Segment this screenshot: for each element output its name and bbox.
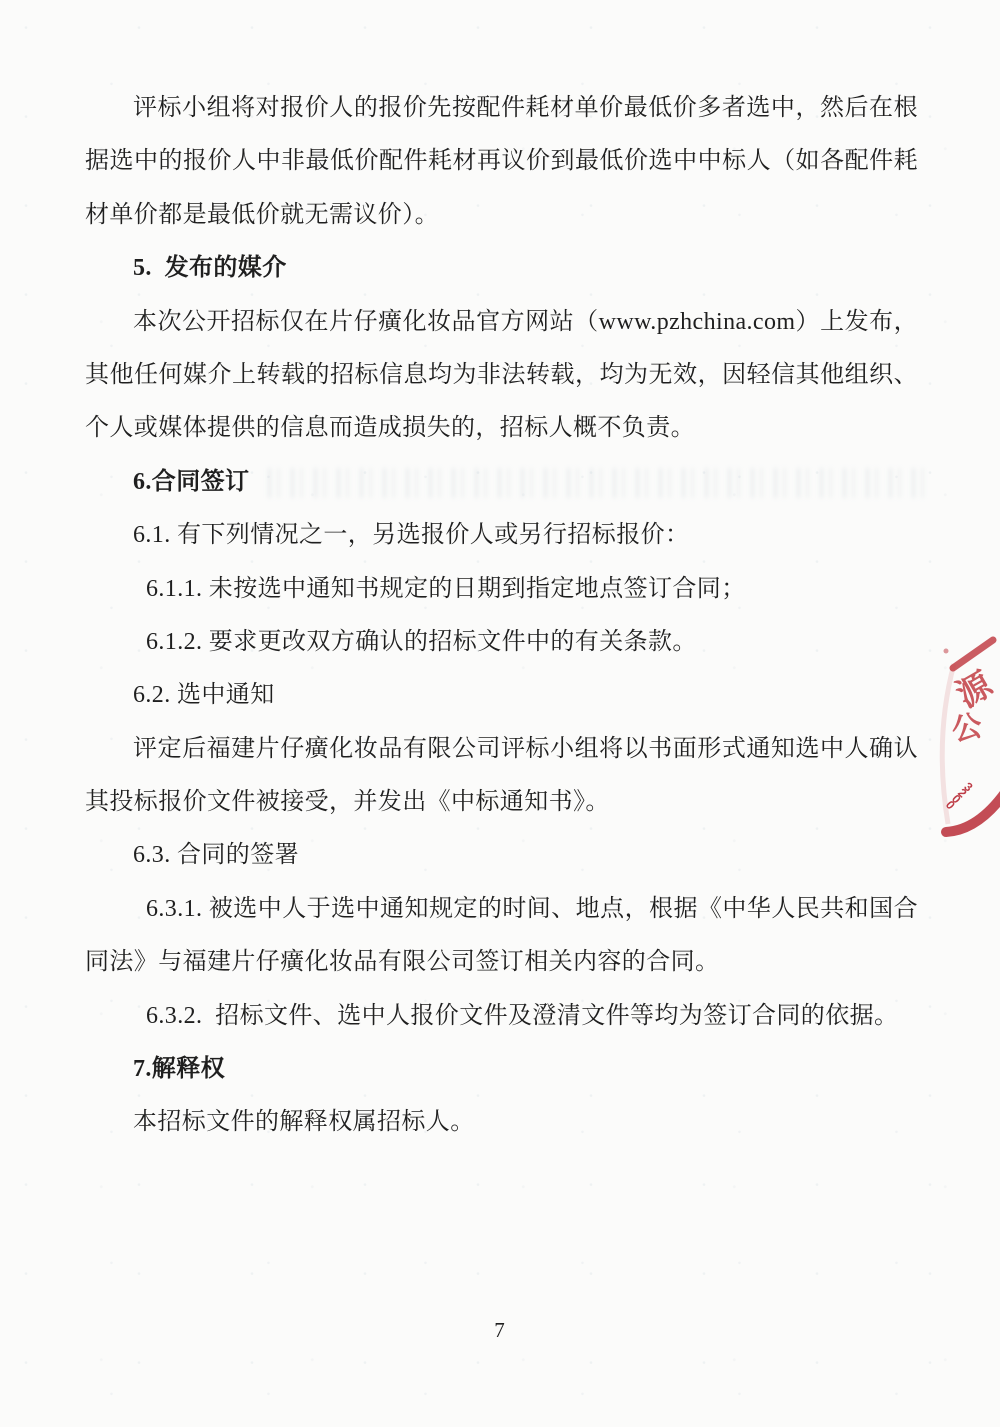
section-heading-line: 7.解释权 — [85, 1043, 918, 1096]
text-line: 个人或媒体提供的信息而造成损失的，招标人概不负责。 — [85, 402, 918, 455]
text-line: 材单价都是最低价就无需议价）。 — [85, 189, 918, 242]
seal-ink-speck — [944, 649, 949, 654]
section-heading-line: 6.合同签订 — [85, 456, 918, 509]
text-line: 6.1.2. 要求更改双方确认的招标文件中的有关条款。 — [85, 616, 918, 669]
company-seal: 源 公 0023 — [938, 628, 1000, 858]
text-line: 本次公开招标仅在片仔癀化妆品官方网站（www.pzhchina.com）上发布， — [85, 296, 918, 349]
page-number: 7 — [0, 1318, 1000, 1343]
section-heading-line: 5. 发布的媒介 — [85, 242, 918, 295]
text-line: 6.1. 有下列情况之一，另选报价人或另行招标报价： — [85, 509, 918, 562]
text-line: 评标小组将对报价人的报价先按配件耗材单价最低价多者选中，然后在根 — [85, 82, 918, 135]
text-line: 6.3.1. 被选中人于选中通知规定的时间、地点，根据《中华人民共和国合 — [85, 883, 918, 936]
text-line: 据选中的报价人中非最低价配件耗材再议价到最低价选中中标人（如各配件耗 — [85, 135, 918, 188]
text-line: 其他任何媒介上转载的招标信息均为非法转载，均为无效，因轻信其他组织、 — [85, 349, 918, 402]
document-body: 评标小组将对报价人的报价先按配件耗材单价最低价多者选中，然后在根据选中的报价人中… — [85, 82, 918, 1150]
seal-ring-arc-top — [953, 640, 993, 668]
text-line: 评定后福建片仔癀化妆品有限公司评标小组将以书面形式通知选中人确认 — [85, 723, 918, 776]
text-line: 6.1.1. 未按选中通知书规定的日期到指定地点签订合同； — [85, 563, 918, 616]
text-line: 6.3. 合同的签署 — [85, 829, 918, 882]
document-page: { "page": { "number": "7", "background_c… — [0, 0, 1000, 1427]
text-line: 其投标报价文件被接受，并发出《中标通知书》。 — [85, 776, 918, 829]
text-line: 6.2. 选中通知 — [85, 669, 918, 722]
seal-character-fragment: 公 — [949, 711, 985, 747]
text-line: 同法》与福建片仔癀化妆品有限公司签订相关内容的合同。 — [85, 936, 918, 989]
text-line: 本招标文件的解释权属招标人。 — [85, 1096, 918, 1149]
text-line: 6.3.2. 招标文件、选中人报价文件及澄清文件等均为签订合同的依据。 — [85, 990, 918, 1043]
